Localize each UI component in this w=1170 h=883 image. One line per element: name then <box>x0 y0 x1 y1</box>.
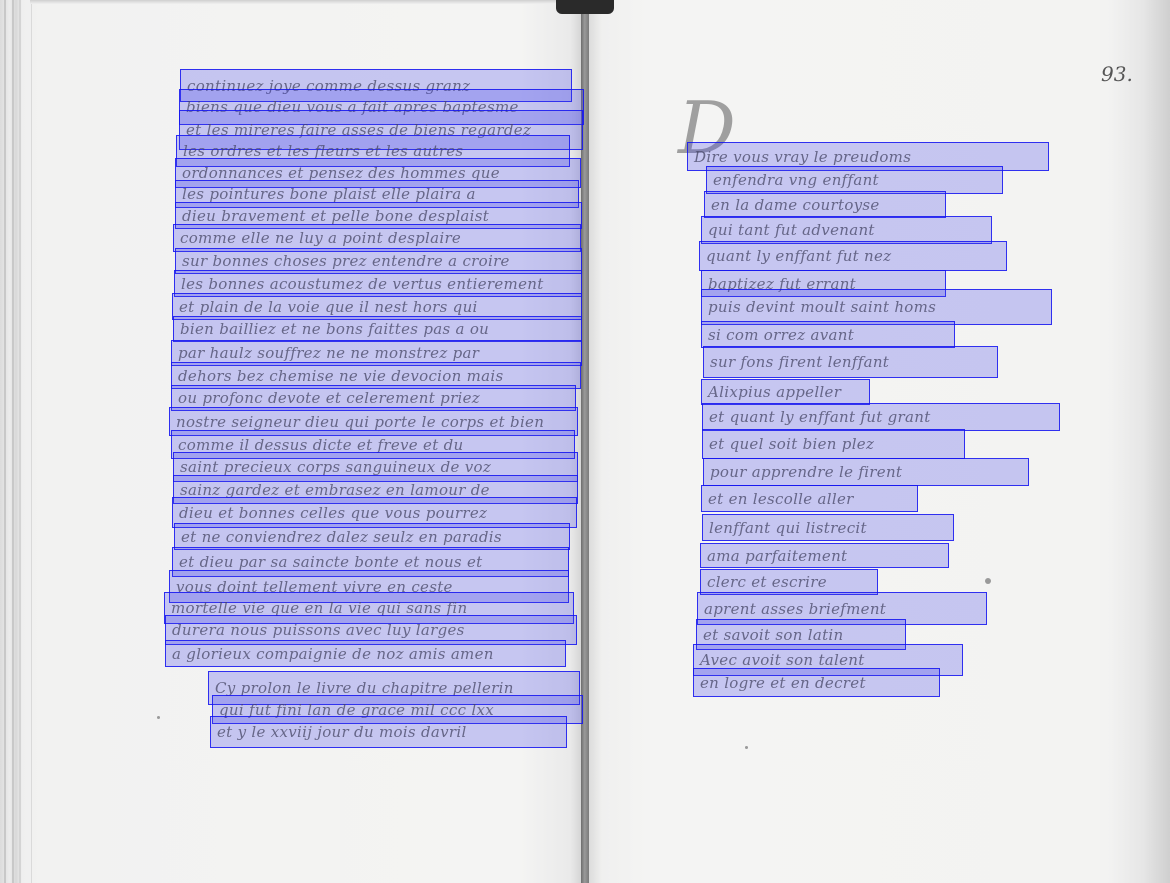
text-line-transcription: Alixpius appeller <box>708 383 841 401</box>
right-page-text-line-box[interactable]: sur fons firent lenffant <box>703 346 998 378</box>
text-line-transcription: sainz gardez et embrasez en lamour de <box>180 481 490 499</box>
text-line-transcription: pour apprendre le firent <box>710 463 902 481</box>
text-line-transcription: a glorieux compaignie de noz amis amen <box>172 645 494 663</box>
right-page-text-line-box[interactable]: Alixpius appeller <box>701 379 870 405</box>
text-line-transcription: et plain de la voie que il nest hors qui <box>179 298 478 316</box>
ink-speck <box>745 746 748 749</box>
text-line-transcription: Avec avoit son talent <box>700 651 865 669</box>
page-edge-line <box>19 0 21 883</box>
right-page-text-line-box[interactable]: qui tant fut advenant <box>701 216 992 244</box>
text-line-transcription: sur fons firent lenffant <box>710 353 889 371</box>
book-spine-clip <box>556 0 614 14</box>
text-line-transcription: en logre et en decret <box>700 674 866 692</box>
folio-number: 93. <box>1101 62 1133 86</box>
text-line-transcription: nostre seigneur dieu qui porte le corps … <box>176 413 544 431</box>
left-page-text-line-box[interactable]: et y le xxviij jour du mois davril <box>210 716 567 748</box>
left-page-text-line-box[interactable]: a glorieux compaignie de noz amis amen <box>165 640 566 667</box>
right-page-text-line-box[interactable]: ama parfaitement <box>700 543 949 568</box>
text-line-transcription: qui tant fut advenant <box>708 221 875 239</box>
text-line-transcription: et ne conviendrez dalez seulz en paradis <box>181 528 502 546</box>
text-line-transcription: aprent asses briefment <box>704 600 886 618</box>
page-top-edge <box>30 0 580 4</box>
right-page-text-line-box[interactable]: quant ly enffant fut nez <box>699 241 1007 271</box>
text-line-transcription: et y le xxviij jour du mois davril <box>217 723 467 741</box>
text-line-transcription: et quant ly enffant fut grant <box>709 408 931 426</box>
text-line-transcription: dieu bravement et pelle bone desplaist <box>182 207 489 225</box>
text-line-transcription: durera nous puissons avec luy larges <box>172 621 465 639</box>
text-line-transcription: par haulz souffrez ne ne monstrez par <box>178 344 479 362</box>
text-line-transcription: lenffant qui listrecit <box>709 519 867 537</box>
text-line-transcription: Dire vous vray le preudoms <box>694 148 911 166</box>
text-line-transcription: et savoit son latin <box>703 626 844 644</box>
text-line-transcription: enfendra vng enffant <box>713 171 879 189</box>
right-page-text-line-box[interactable]: lenffant qui listrecit <box>702 514 954 541</box>
text-line-transcription: dehors bez chemise ne vie devocion mais <box>178 367 503 385</box>
text-line-transcription: les bonnes acoustumez de vertus entierem… <box>181 275 544 293</box>
text-line-transcription: et quel soit bien plez <box>709 435 874 453</box>
text-line-transcription: dieu et bonnes celles que vous pourrez <box>179 504 487 522</box>
text-line-transcription: et dieu par sa saincte bonte et nous et <box>179 553 483 571</box>
text-line-transcription: comme elle ne luy a point desplaire <box>180 229 461 247</box>
left-page-text-line-box[interactable]: et ne conviendrez dalez seulz en paradis <box>174 523 570 550</box>
text-line-transcription: puis devint moult saint homs <box>708 298 936 316</box>
right-page-text-line-box[interactable]: si com orrez avant <box>701 321 955 348</box>
ink-speck <box>157 716 160 719</box>
text-line-transcription: quant ly enffant fut nez <box>706 247 891 265</box>
page-edge-line <box>4 0 6 883</box>
text-line-transcription: les pointures bone plaist elle plaira a <box>182 185 476 203</box>
left-page-text-line-box[interactable]: bien bailliez et ne bons faittes pas a o… <box>173 316 582 342</box>
right-page-text-line-box[interactable]: en la dame courtoyse <box>704 191 946 218</box>
right-page-text-line-box[interactable]: et en lescolle aller <box>701 485 918 512</box>
text-line-transcription: ama parfaitement <box>707 547 847 565</box>
text-line-transcription: si com orrez avant <box>708 326 854 344</box>
page-edge-line <box>12 0 14 883</box>
text-line-transcription: clerc et escrire <box>707 573 827 591</box>
text-line-transcription: et en lescolle aller <box>708 490 854 508</box>
right-page-text-line-box[interactable]: en logre et en decret <box>693 668 940 697</box>
right-page-text-line-box[interactable]: et quant ly enffant fut grant <box>702 403 1060 431</box>
right-page-text-line-box[interactable]: pour apprendre le firent <box>703 458 1029 486</box>
right-page-text-line-box[interactable]: puis devint moult saint homs <box>701 289 1052 325</box>
text-line-transcription: ou profonc devote et celerement priez <box>178 389 480 407</box>
text-line-transcription: bien bailliez et ne bons faittes pas a o… <box>180 320 489 338</box>
page-edge-line <box>31 0 32 883</box>
text-line-transcription: comme il dessus dicte et freve et du <box>178 436 464 454</box>
right-page-text-line-box[interactable]: enfendra vng enffant <box>706 166 1003 194</box>
text-line-transcription: en la dame courtoyse <box>711 196 880 214</box>
text-line-transcription: sur bonnes choses prez entendre a croire <box>182 252 510 270</box>
right-page-text-line-box[interactable]: et quel soit bien plez <box>702 429 965 459</box>
text-line-transcription: saint precieux corps sanguineux de voz <box>180 458 491 476</box>
ink-speck <box>985 578 991 584</box>
